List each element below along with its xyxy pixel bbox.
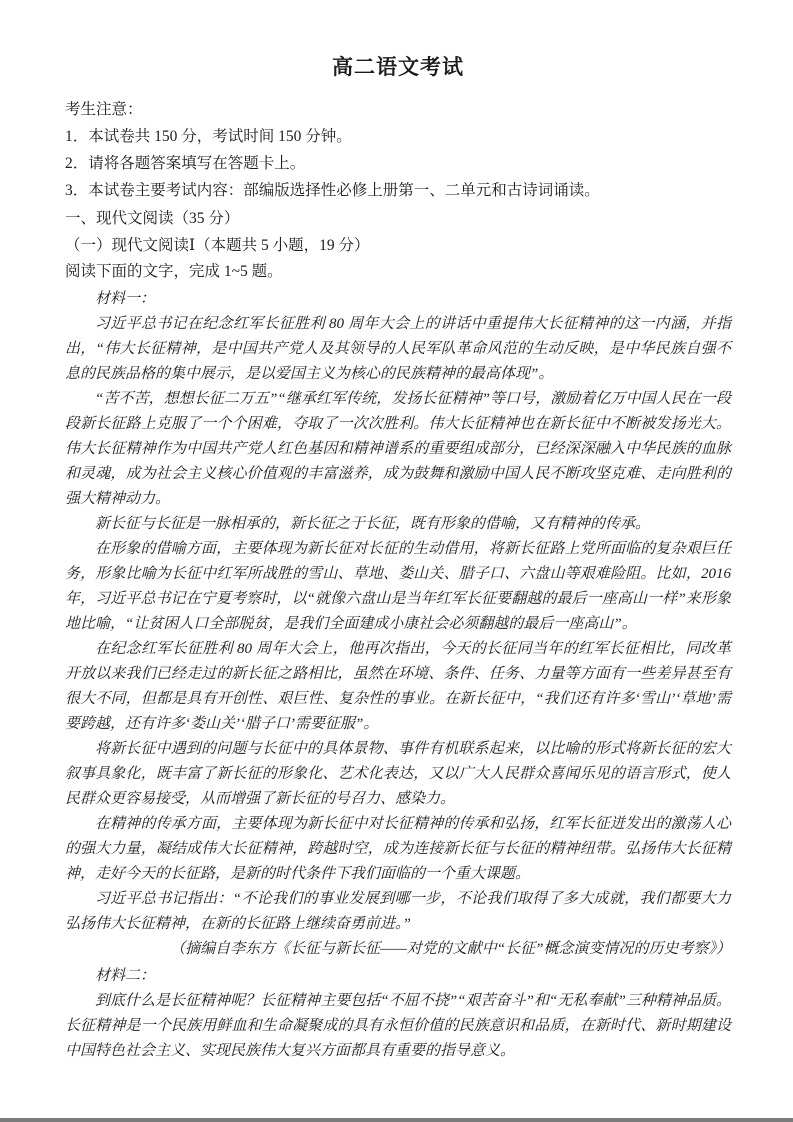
notice-item-1: 1．本试卷共 150 分，考试时间 150 分钟。 xyxy=(65,123,731,150)
material1-attribution: （摘编自李东方《长征与新长征——对党的文献中“长征”概念演变情况的历史考察》） xyxy=(65,937,731,962)
material1-paragraph-5: 在纪念红军长征胜利 80 周年大会上，他再次指出，今天的长征同当年的红军长征相比… xyxy=(65,637,731,737)
material1-label: 材料一： xyxy=(65,287,731,312)
notice-item-2: 2．请将各题答案填写在答题卡上。 xyxy=(65,150,731,177)
page-title: 高二语文考试 xyxy=(65,50,731,84)
material1-paragraph-1: 习近平总书记在纪念红军长征胜利 80 周年大会上的讲话中重提伟大长征精神的这一内… xyxy=(65,312,731,387)
page-content: 高二语文考试 考生注意： 1．本试卷共 150 分，考试时间 150 分钟。 2… xyxy=(0,0,793,1064)
material1-paragraph-6: 将新长征中遇到的问题与长征中的具体景物、事件有机联系起来，以比喻的形式将新长征的… xyxy=(65,737,731,812)
exam-page: 高二语文考试 考生注意： 1．本试卷共 150 分，考试时间 150 分钟。 2… xyxy=(0,0,793,1122)
notice-heading: 考生注意： xyxy=(65,96,731,123)
material2-label: 材料二： xyxy=(65,964,731,989)
material1-paragraph-4: 在形象的借喻方面，主要体现为新长征对长征的生动借用，将新长征路上党所面临的复杂艰… xyxy=(65,537,731,637)
material1-paragraph-7: 在精神的传承方面，主要体现为新长征中对长征精神的传承和弘扬，红军长征迸发出的激荡… xyxy=(65,812,731,887)
material1-paragraph-3: 新长征与长征是一脉相承的，新长征之于长征，既有形象的借喻，又有精神的传承。 xyxy=(65,512,731,537)
reading-instruction: 阅读下面的文字，完成 1~5 题。 xyxy=(65,259,731,285)
material1-paragraph-2: “苦不苦，想想长征二万五”“继承红军传统，发扬长征精神”等口号，激励着亿万中国人… xyxy=(65,387,731,512)
material2-paragraph-1: 到底什么是长征精神呢？长征精神主要包括“不屈不挠”“艰苦奋斗”和“无私奉献”三种… xyxy=(65,989,731,1064)
material1-paragraph-8: 习近平总书记指出：“不论我们的事业发展到哪一步，不论我们取得了多大成就，我们都要… xyxy=(65,887,731,937)
page-bottom-border xyxy=(0,1118,793,1122)
section-heading: 一、现代文阅读（35 分） xyxy=(65,205,731,232)
notice-item-3: 3．本试卷主要考试内容：部编版选择性必修上册第一、二单元和古诗词诵读。 xyxy=(65,177,731,204)
candidate-notice: 考生注意： 1．本试卷共 150 分，考试时间 150 分钟。 2．请将各题答案… xyxy=(65,96,731,204)
reading-passage: 材料一： 习近平总书记在纪念红军长征胜利 80 周年大会上的讲话中重提伟大长征精… xyxy=(65,287,731,1064)
subsection-heading: （一）现代文阅读Ⅰ（本题共 5 小题，19 分） xyxy=(65,232,731,259)
